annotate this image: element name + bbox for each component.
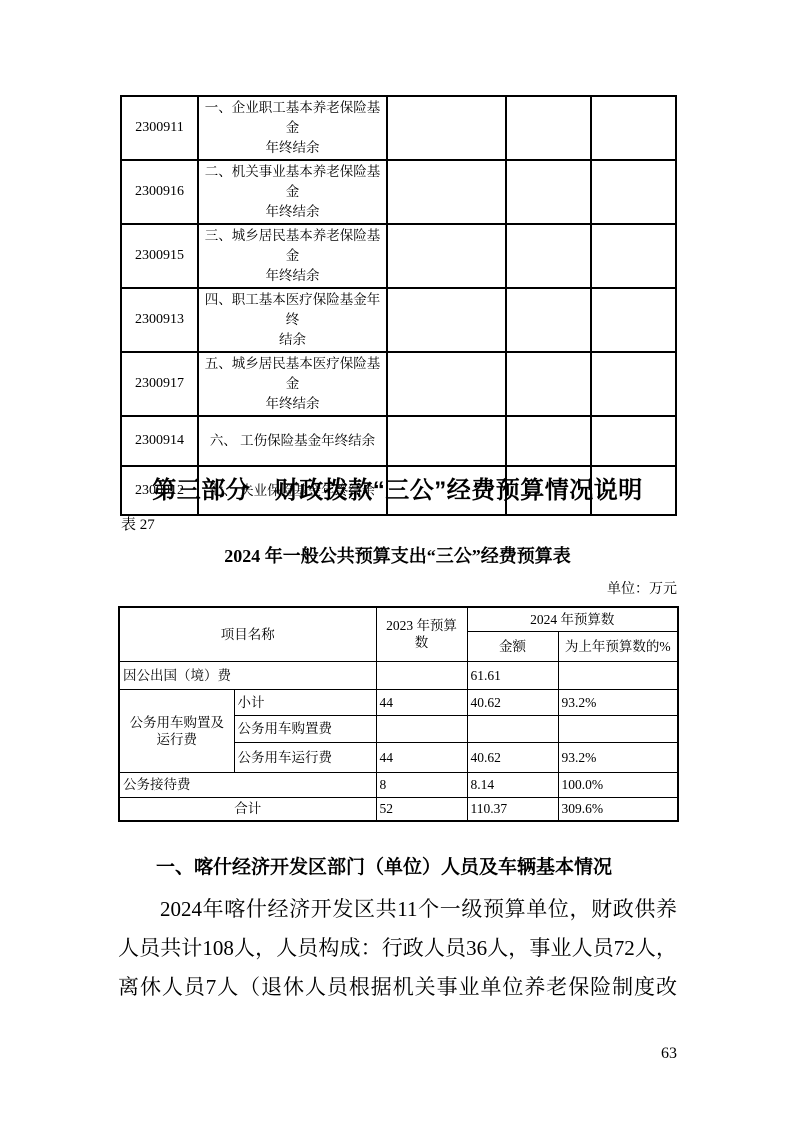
table-row: 2300914 六、 工伤保险基金年终结余 xyxy=(121,416,676,466)
budget-code-cell: 2300915 xyxy=(121,224,198,288)
table-row: 2300915 三、城乡居民基本养老保险基金 年终结余 xyxy=(121,224,676,288)
page-number: 63 xyxy=(118,1042,677,1066)
empty-cell xyxy=(591,96,676,160)
empty-cell xyxy=(591,224,676,288)
budget-item-cell: 一、企业职工基本养老保险基金 年终结余 xyxy=(198,96,387,160)
header-item: 项目名称 xyxy=(119,607,376,661)
table-row: 2300917 五、城乡居民基本医疗保险基金 年终结余 xyxy=(121,352,676,416)
value-amount-cell: 40.62 xyxy=(467,689,558,715)
three-public-budget-table: 项目名称 2023 年预算 数 2024 年预算数 金额 为上年预算数的% 因公… xyxy=(118,606,679,822)
budget-table-title: 2024 年一般公共预算支出“三公”经费预算表 xyxy=(118,543,677,569)
table-row: 因公出国（境）费 61.61 xyxy=(119,661,678,689)
section-heading: 第三部分 财政拨款“三公”经费预算情况说明 xyxy=(118,474,677,508)
value-2023-cell xyxy=(376,661,467,689)
budget-item-cell: 三、城乡居民基本养老保险基金 年终结余 xyxy=(198,224,387,288)
budget-item-cell: 二、机关事业基本养老保险基金 年终结余 xyxy=(198,160,387,224)
table-row: 公务用车购置及 运行费 小计 44 40.62 93.2% xyxy=(119,689,678,715)
value-percent-cell: 93.2% xyxy=(558,689,678,715)
value-percent-cell xyxy=(558,661,678,689)
unit-note: 单位：万元 xyxy=(118,579,677,601)
item-name-cell: 公务接待费 xyxy=(119,772,376,797)
empty-cell xyxy=(506,160,591,224)
item-name-cell: 公务用车运行费 xyxy=(234,742,376,772)
table-header-row: 项目名称 2023 年预算 数 2024 年预算数 xyxy=(119,607,678,631)
value-percent-cell: 93.2% xyxy=(558,742,678,772)
table-row: 2300913 四、职工基本医疗保险基金年终 结余 xyxy=(121,288,676,352)
item-name-cell: 因公出国（境）费 xyxy=(119,661,376,689)
budget-code-cell: 2300913 xyxy=(121,288,198,352)
table-row: 2300911 一、企业职工基本养老保险基金 年终结余 xyxy=(121,96,676,160)
empty-cell xyxy=(506,352,591,416)
empty-cell xyxy=(506,288,591,352)
empty-cell xyxy=(591,288,676,352)
empty-cell xyxy=(387,352,506,416)
budget-item-cell: 六、 工伤保险基金年终结余 xyxy=(198,416,387,466)
item-group-cell: 公务用车购置及 运行费 xyxy=(119,689,234,772)
value-percent-cell xyxy=(558,715,678,742)
header-2024-budget: 2024 年预算数 xyxy=(467,607,678,631)
subsection-heading: 一、喀什经济开发区部门（单位）人员及车辆基本情况 xyxy=(118,853,677,883)
item-name-cell: 小计 xyxy=(234,689,376,715)
value-amount-cell xyxy=(467,715,558,742)
total-label-cell: 合计 xyxy=(119,797,376,821)
paragraph-line: 离休人员7人（退休人员根据机关事业单位养老保险制度改 xyxy=(118,968,677,1007)
fund-balance-table: 2300911 一、企业职工基本养老保险基金 年终结余 2300916 二、机关… xyxy=(120,95,677,516)
empty-cell xyxy=(591,416,676,466)
value-percent-cell: 100.0% xyxy=(558,772,678,797)
table-row: 合计 52 110.37 309.6% xyxy=(119,797,678,821)
empty-cell xyxy=(387,288,506,352)
budget-item-cell: 四、职工基本医疗保险基金年终 结余 xyxy=(198,288,387,352)
table-row: 2300916 二、机关事业基本养老保险基金 年终结余 xyxy=(121,160,676,224)
value-amount-cell: 8.14 xyxy=(467,772,558,797)
value-2023-cell: 44 xyxy=(376,689,467,715)
empty-cell xyxy=(591,160,676,224)
empty-cell xyxy=(591,352,676,416)
table-row: 公务接待费 8 8.14 100.0% xyxy=(119,772,678,797)
header-2023-budget: 2023 年预算 数 xyxy=(376,607,467,661)
item-name-cell: 公务用车购置费 xyxy=(234,715,376,742)
budget-code-cell: 2300914 xyxy=(121,416,198,466)
empty-cell xyxy=(387,96,506,160)
value-2023-cell xyxy=(376,715,467,742)
empty-cell xyxy=(387,224,506,288)
paragraph-line: 2024年喀什经济开发区共11个一级预算单位，财政供养 xyxy=(118,890,677,929)
empty-cell xyxy=(387,160,506,224)
empty-cell xyxy=(387,416,506,466)
document-page: 2300911 一、企业职工基本养老保险基金 年终结余 2300916 二、机关… xyxy=(0,0,793,1122)
budget-code-cell: 2300911 xyxy=(121,96,198,160)
value-2023-cell: 44 xyxy=(376,742,467,772)
header-amount: 金额 xyxy=(467,631,558,661)
budget-code-cell: 2300916 xyxy=(121,160,198,224)
table-number-label: 表 27 xyxy=(121,514,155,536)
paragraph-line: 人员共计108人，人员构成：行政人员36人，事业人员72人， xyxy=(118,929,677,968)
budget-code-cell: 2300917 xyxy=(121,352,198,416)
value-2023-cell: 52 xyxy=(376,797,467,821)
budget-item-cell: 五、城乡居民基本医疗保险基金 年终结余 xyxy=(198,352,387,416)
value-percent-cell: 309.6% xyxy=(558,797,678,821)
header-percent: 为上年预算数的% xyxy=(558,631,678,661)
value-amount-cell: 110.37 xyxy=(467,797,558,821)
empty-cell xyxy=(506,224,591,288)
value-amount-cell: 40.62 xyxy=(467,742,558,772)
empty-cell xyxy=(506,96,591,160)
value-amount-cell: 61.61 xyxy=(467,661,558,689)
empty-cell xyxy=(506,416,591,466)
value-2023-cell: 8 xyxy=(376,772,467,797)
